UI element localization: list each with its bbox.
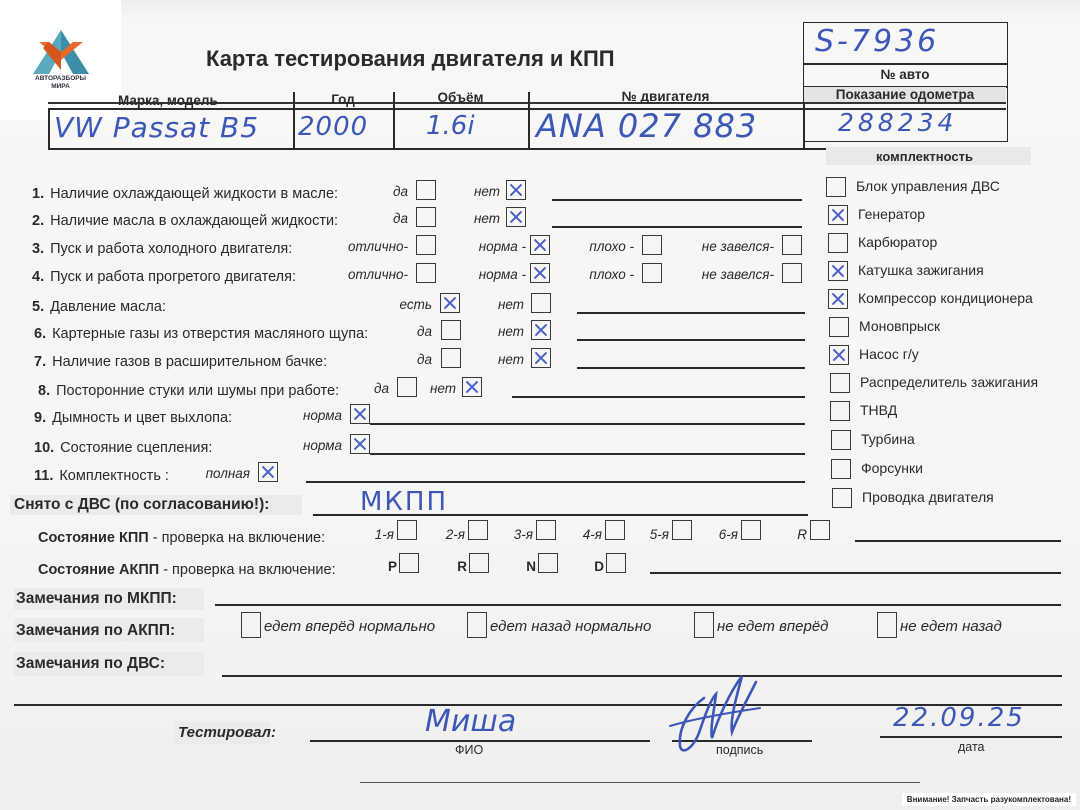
remarks-engine-field[interactable] (222, 675, 1062, 677)
removed-label: Снято с ДВС (по согласованию!): (14, 496, 269, 514)
remarks-manual-field[interactable] (215, 604, 1061, 606)
check-row-label: 5.Давление масла: (32, 299, 166, 315)
tested-label: Тестировал: (178, 724, 276, 741)
kit-checkbox[interactable] (826, 177, 846, 197)
kit-checkbox[interactable] (828, 205, 848, 225)
option-checkbox[interactable] (506, 207, 526, 227)
gear-label: P (388, 559, 397, 574)
check-row-label: 8.Посторонние стуки или шумы при работе: (38, 383, 339, 399)
manual-gearbox-label: Состояние КПП - проверка на включение: (38, 530, 325, 546)
kit-checkbox[interactable] (830, 373, 850, 393)
kit-checkbox[interactable] (829, 317, 849, 337)
check-row-label: 11.Комплектность : (34, 468, 169, 484)
option-label: плохо - (589, 267, 634, 282)
option-checkbox[interactable] (530, 235, 550, 255)
remarks-auto-label: Замечания по АКПП: (16, 622, 175, 640)
option-label: норма - (479, 239, 526, 254)
option-checkbox[interactable] (441, 320, 461, 340)
auto-remark-checkbox[interactable] (694, 612, 714, 638)
check-row-label: 2.Наличие масла в охлаждающей жидкости: (32, 213, 338, 229)
auto-remark-label: не едет вперёд (717, 618, 828, 635)
option-label: да (393, 184, 408, 199)
kit-item-label: ТНВД (860, 402, 897, 418)
engine-number-value[interactable]: ANA 027 883 (536, 107, 757, 145)
option-checkbox[interactable] (531, 348, 551, 368)
option-checkbox[interactable] (416, 263, 436, 283)
kit-item-label: Компрессор кондиционера (858, 290, 1033, 306)
col-engine-number: № двигателя (528, 89, 803, 104)
option-checkbox[interactable] (258, 462, 278, 482)
manual-gear-checkbox[interactable] (810, 520, 830, 540)
kit-item-label: Проводка двигателя (862, 489, 994, 505)
kit-item-label: Блок управления ДВС (856, 178, 1000, 194)
option-checkbox[interactable] (416, 180, 436, 200)
manual-gear-checkbox[interactable] (741, 520, 761, 540)
name-field[interactable] (310, 740, 650, 742)
option-checkbox[interactable] (642, 263, 662, 283)
name-caption: ФИО (455, 743, 483, 757)
name-value[interactable]: Миша (425, 704, 516, 739)
page-title: Карта тестирования двигателя и КПП (206, 46, 615, 72)
date-field[interactable] (880, 736, 1062, 738)
option-label: полная (206, 466, 250, 481)
manual-gear-checkbox[interactable] (468, 520, 488, 540)
test-card-sheet: АВТОРАЗБОРЫ МИРА Карта тестирования двиг… (0, 0, 1080, 810)
option-label: нет (430, 381, 456, 396)
option-checkbox[interactable] (782, 263, 802, 283)
auto-remark-checkbox[interactable] (467, 612, 487, 638)
option-checkbox[interactable] (397, 377, 417, 397)
kit-checkbox[interactable] (828, 289, 848, 309)
check-row-label: 7.Наличие газов в расширительном бачке: (34, 354, 327, 370)
option-label: нет (498, 297, 524, 312)
check-row-comment-field[interactable] (552, 226, 802, 228)
kit-item-label: Моновпрыск (859, 318, 940, 334)
auto-remark-checkbox[interactable] (241, 612, 261, 638)
auto-gear-checkbox[interactable] (538, 553, 558, 573)
kit-checkbox[interactable] (831, 459, 851, 479)
col-make-model: Марка, модель (118, 93, 218, 108)
auto-gear-checkbox[interactable] (399, 553, 419, 573)
check-row-label: 3.Пуск и работа холодного двигателя: (32, 241, 292, 257)
gear-label: D (594, 559, 604, 574)
option-label: да (374, 381, 389, 396)
check-row-comment-field[interactable] (577, 339, 805, 341)
option-checkbox[interactable] (782, 235, 802, 255)
date-caption: дата (958, 740, 985, 754)
option-checkbox[interactable] (531, 293, 551, 313)
check-row-comment-field[interactable] (370, 453, 805, 455)
make-model-value[interactable]: VW Passat B5 (54, 111, 259, 144)
check-row-label: 6.Картерные газы из отверстия масляного … (34, 326, 368, 342)
option-checkbox[interactable] (416, 235, 436, 255)
col-year: Год (293, 92, 393, 107)
option-checkbox[interactable] (531, 320, 551, 340)
gear-label: 5-я (650, 527, 669, 542)
col-odometer: Показание одометра (803, 87, 1007, 102)
volume-value[interactable]: 1.6i (426, 111, 475, 141)
kit-checkbox[interactable] (828, 261, 848, 281)
check-row-label: 9.Дымность и цвет выхлопа: (34, 410, 232, 426)
auto-remark-label: едет назад нормально (490, 618, 651, 635)
logo-brand-line2: МИРА (0, 83, 121, 91)
option-checkbox[interactable] (350, 434, 370, 454)
kit-checkbox[interactable] (829, 345, 849, 365)
manual-gear-checkbox[interactable] (397, 520, 417, 540)
removed-value[interactable]: МКПП (360, 487, 448, 517)
kit-item-label: Турбина (861, 431, 915, 447)
check-row-label: 4.Пуск и работа прогретого двигателя: (32, 269, 296, 285)
option-checkbox[interactable] (350, 404, 370, 424)
remarks-engine-label: Замечания по ДВС: (16, 655, 165, 673)
option-label: плохо - (589, 239, 634, 254)
auto-remark-label: не едет назад (900, 618, 1002, 635)
gear-label: R (457, 559, 467, 574)
check-row-comment-field[interactable] (306, 481, 805, 483)
option-label: норма (303, 438, 342, 453)
warning-badge: Внимание! Запчасть разукомплектована! (902, 793, 1076, 806)
kit-item-label: Генератор (858, 206, 925, 222)
col-volume: Объём (393, 90, 528, 105)
signature-caption: подпись (716, 743, 763, 757)
check-row-comment-field[interactable] (512, 396, 805, 398)
remarks-manual-label: Замечания по МКПП: (16, 590, 177, 608)
manual-gear-checkbox[interactable] (605, 520, 625, 540)
check-row-label: 10.Состояние сцепления: (34, 440, 212, 456)
kit-checkbox[interactable] (832, 488, 852, 508)
gear-label: 2-я (446, 527, 465, 542)
check-row-label: 1.Наличие охлаждающей жидкости в масле: (32, 186, 338, 202)
option-checkbox[interactable] (642, 235, 662, 255)
kit-item-label: Катушка зажигания (858, 262, 984, 278)
kit-checkbox[interactable] (831, 430, 851, 450)
option-label: не завелся- (702, 267, 774, 282)
auto-remark-checkbox[interactable] (877, 612, 897, 638)
auto-gearbox-label: Состояние АКПП - проверка на включение: (38, 562, 336, 578)
car-number-label: № авто (803, 67, 1007, 82)
option-label: не завелся- (702, 239, 774, 254)
option-label: норма - (479, 267, 526, 282)
check-row-comment-field[interactable] (370, 423, 805, 425)
kit-heading: комплектность (876, 149, 973, 164)
kit-checkbox[interactable] (830, 401, 850, 421)
gear-label: R (797, 527, 807, 542)
gear-label: 4-я (583, 527, 602, 542)
kit-checkbox[interactable] (828, 233, 848, 253)
option-checkbox[interactable] (416, 207, 436, 227)
option-label: есть (400, 297, 432, 312)
year-value[interactable]: 2000 (298, 112, 368, 142)
check-row-comment-field[interactable] (552, 199, 802, 201)
logo-mountain-icon (33, 30, 89, 76)
option-label: отлично- (348, 239, 408, 254)
option-checkbox[interactable] (506, 180, 526, 200)
gear-label: N (526, 559, 536, 574)
manual-gear-checkbox[interactable] (536, 520, 556, 540)
option-label: да (417, 352, 432, 367)
auto-gear-checkbox[interactable] (469, 553, 489, 573)
car-number-value[interactable]: S-7936 (815, 24, 939, 59)
option-label: нет (474, 184, 500, 199)
option-checkbox[interactable] (462, 377, 482, 397)
option-checkbox[interactable] (441, 348, 461, 368)
date-value[interactable]: 22.09.25 (893, 703, 1025, 733)
auto-gear-checkbox[interactable] (606, 553, 626, 573)
auto-remark-label: едет вперёд нормально (264, 618, 435, 635)
option-label: да (417, 324, 432, 339)
option-checkbox[interactable] (530, 263, 550, 283)
manual-gear-checkbox[interactable] (672, 520, 692, 540)
kit-item-label: Форсунки (861, 460, 923, 476)
check-row-comment-field[interactable] (577, 367, 805, 369)
gear-label: 6-я (719, 527, 738, 542)
option-label: нет (498, 352, 524, 367)
option-label: нет (474, 211, 500, 226)
logo-brand-line1: АВТОРАЗБОРЫ (0, 75, 121, 83)
option-label: да (393, 211, 408, 226)
option-label: нет (498, 324, 524, 339)
kit-item-label: Насос г/у (859, 346, 919, 362)
option-checkbox[interactable] (440, 293, 460, 313)
option-label: норма (303, 408, 342, 423)
odometer-value[interactable]: 288234 (838, 108, 957, 137)
kit-item-label: Распределитель зажигания (860, 374, 1038, 390)
check-row-comment-field[interactable] (577, 312, 805, 314)
option-label: отлично- (348, 267, 408, 282)
gear-label: 3-я (514, 527, 533, 542)
gear-label: 1-я (375, 527, 394, 542)
kit-item-label: Карбюратор (858, 234, 937, 250)
